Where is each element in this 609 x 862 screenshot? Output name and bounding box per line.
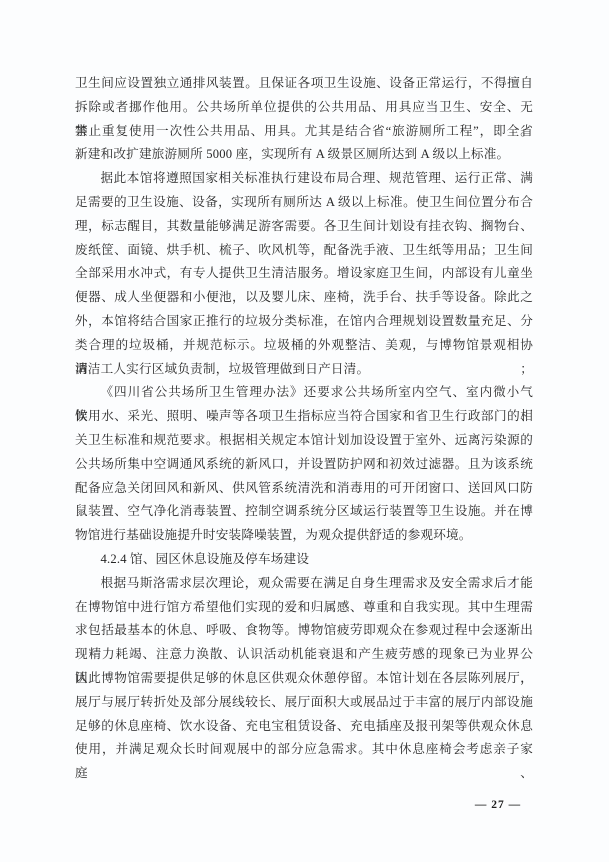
text-line: 理，标志醒目，其数量能够满足游客需要。各卫生间计划设有挂衣钩、搁物台、 xyxy=(75,215,533,239)
text-line: 禁止重复使用一次性公共用品、用具。尤其是结合省“旅游厕所工程”，即全省 xyxy=(75,120,533,144)
document-page: 卫生间应设置独立通排风装置。且保证各项卫生设施、设备正常运行，不得擅自拆除或者挪… xyxy=(0,0,609,862)
text-line: 展厅与展厅转折处及部分展线较长、展厅面积大或展品过于丰富的展厅内部设施 xyxy=(75,691,533,715)
text-line: 全部采用水冲式，有专人提供卫生清洁服务。增设家庭卫生间，内部设有儿童坐 xyxy=(75,262,533,286)
text-line: 拆除或者挪作他用。公共场所单位提供的公共用品、用具应当卫生、安全、无害。 xyxy=(75,96,533,120)
text-block: 卫生间应设置独立通排风装置。且保证各项卫生设施、设备正常运行，不得擅自拆除或者挪… xyxy=(75,72,533,762)
text-line: 关卫生标准和规范要求。根据相关规定本馆计划加设设置于室外、远离污染源的 xyxy=(75,429,533,453)
text-line: 新建和改扩建旅游厕所 5000 座，实现所有 A 级景区厕所达到 A 级以上标准… xyxy=(75,143,533,167)
page-number: — 27 — xyxy=(450,799,546,811)
text-line: 足够的休息座椅、饮水设备、充电宝租赁设备、充电插座及报刊架等供观众休息 xyxy=(75,715,533,739)
text-line: 现精力耗竭、注意力涣散、认识活动机能衰退和产生疲劳感的现象已为业界公认， xyxy=(75,643,533,667)
text-line: 《四川省公共场所卫生管理办法》还要求公共场所室内空气、室内微小气候、 xyxy=(75,381,533,405)
text-line: 废纸筐、面镜、烘手机、梳子、吹风机等，配备洗手液、卫生纸等用品；卫生间 xyxy=(75,239,533,263)
text-line: 配备应急关闭回风和新风、供风管系统清洗和消毒用的可开闭窗口、送回风口防 xyxy=(75,477,533,501)
text-line: 公共场所集中空调通风系统的新风口，并设置防护网和初效过滤器。且为该系统 xyxy=(75,453,533,477)
text-line: 根据马斯洛需求层次理论，观众需要在满足自身生理需求及安全需求后才能 xyxy=(75,572,533,596)
text-line: 便器、成人坐便器和小便池，以及婴儿床、座椅，洗手台、扶手等设备。除此之 xyxy=(75,286,533,310)
text-line: 鼠装置、空气净化消毒装置、控制空调系统分区域运行装置等卫生设施。并在博 xyxy=(75,500,533,524)
text-line: 在博物馆中进行馆方希望他们实现的爱和归属感、尊重和自我实现。其中生理需 xyxy=(75,596,533,620)
text-line: 卫生间应设置独立通排风装置。且保证各项卫生设施、设备正常运行，不得擅自 xyxy=(75,72,533,96)
text-line: 外，本馆将结合国家正推行的垃圾分类标准，在馆内合理规划设置数量充足、分 xyxy=(75,310,533,334)
section-heading: 4.2.4 馆、园区休息设施及停车场建设 xyxy=(75,548,533,572)
text-line: 因此博物馆需要提供足够的休息区供观众休憩停留。本馆计划在各层陈列展厅， xyxy=(75,667,533,691)
text-line: 求包括最基本的休息、呼吸、食物等。博物馆疲劳即观众在参观过程中会逐渐出 xyxy=(75,619,533,643)
text-line: 饮用水、采光、照明、噪声等各项卫生指标应当符合国家和省卫生行政部门的相 xyxy=(75,405,533,429)
text-line: 足需要的卫生设施、设备，实现所有厕所达 A 级以上标准。使卫生间位置分布合 xyxy=(75,191,533,215)
text-line: 使用，并满足观众长时间观展中的部分应急需求。其中休息座椅会考虑亲子家庭、 xyxy=(75,738,533,762)
text-line: 物馆进行基础设施提升时安装降噪装置，为观众提供舒适的参观环境。 xyxy=(75,524,533,548)
text-line: 类合理的垃圾桶，并规范标示。垃圾桶的外观整洁、美观，与博物馆景观相协调； xyxy=(75,334,533,358)
text-line: 据此本馆将遵照国家相关标准执行建设布局合理、规范管理、运行正常、满 xyxy=(75,167,533,191)
